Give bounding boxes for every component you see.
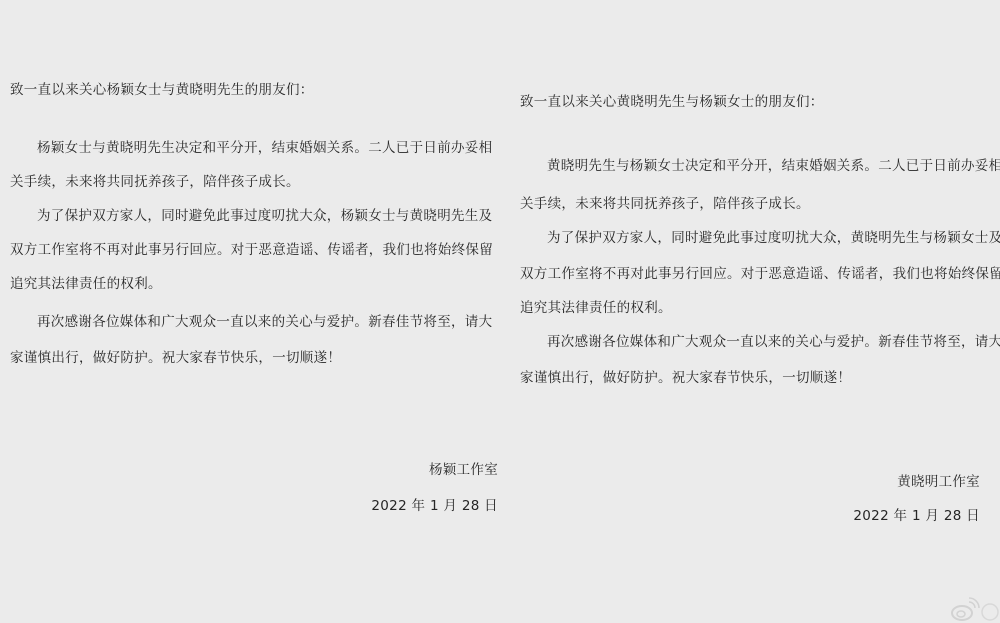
weibo-logo-icon [950,593,1000,623]
right-para2-line2: 双方工作室将不再对此事另行回应。对于恶意造谣、传谣者，我们也将始终保留 [520,262,1000,282]
right-greeting: 致一直以来关心黄晓明先生与杨颖女士的朋友们： [520,90,824,110]
left-para3-line1: 再次感谢各位媒体和广大观众一直以来的关心与爱护。新春佳节将至，请大 [10,310,492,330]
right-para2-line1: 为了保护双方家人，同时避免此事过度叨扰大众，黄晓明先生与杨颖女士及 [520,226,1000,246]
right-signature: 黄晓明工作室 [897,470,980,490]
left-para2-line3: 追究其法律责任的权利。 [10,272,162,292]
left-signature: 杨颖工作室 [429,458,498,478]
left-para3-line2: 家谨慎出行，做好防护。祝大家春节快乐，一切顺遂！ [10,346,341,366]
right-para1-line2: 关手续，未来将共同抚养孩子，陪伴孩子成长。 [520,192,810,212]
right-statement-letter: 致一直以来关心黄晓明先生与杨颖女士的朋友们： 黄晓明先生与杨颖女士决定和平分开，… [520,86,990,536]
left-para1-line1: 杨颖女士与黄晓明先生决定和平分开，结束婚姻关系。二人已于日前办妥相 [10,136,492,156]
right-para2-line3: 追究其法律责任的权利。 [520,296,672,316]
left-statement-letter: 致一直以来关心杨颖女士与黄晓明先生的朋友们： 杨颖女士与黄晓明先生决定和平分开，… [10,66,498,516]
weibo-watermark [950,593,1000,623]
left-date: 2022 年 1 月 28 日 [371,494,498,514]
left-para1-line2: 关手续，未来将共同抚养孩子，陪伴孩子成长。 [10,170,300,190]
left-para2-line2: 双方工作室将不再对此事另行回应。对于恶意造谣、传谣者，我们也将始终保留 [10,238,493,258]
right-para3-line1: 再次感谢各位媒体和广大观众一直以来的关心与爱护。新春佳节将至，请大 [520,330,1000,350]
right-para3-line2: 家谨慎出行，做好防护。祝大家春节快乐，一切顺遂！ [520,366,851,386]
left-greeting: 致一直以来关心杨颖女士与黄晓明先生的朋友们： [10,78,314,98]
right-date: 2022 年 1 月 28 日 [853,504,980,524]
left-para2-line1: 为了保护双方家人，同时避免此事过度叨扰大众，杨颖女士与黄晓明先生及 [10,204,492,224]
right-para1-line1: 黄晓明先生与杨颖女士决定和平分开，结束婚姻关系。二人已于日前办妥相 [520,154,1000,174]
